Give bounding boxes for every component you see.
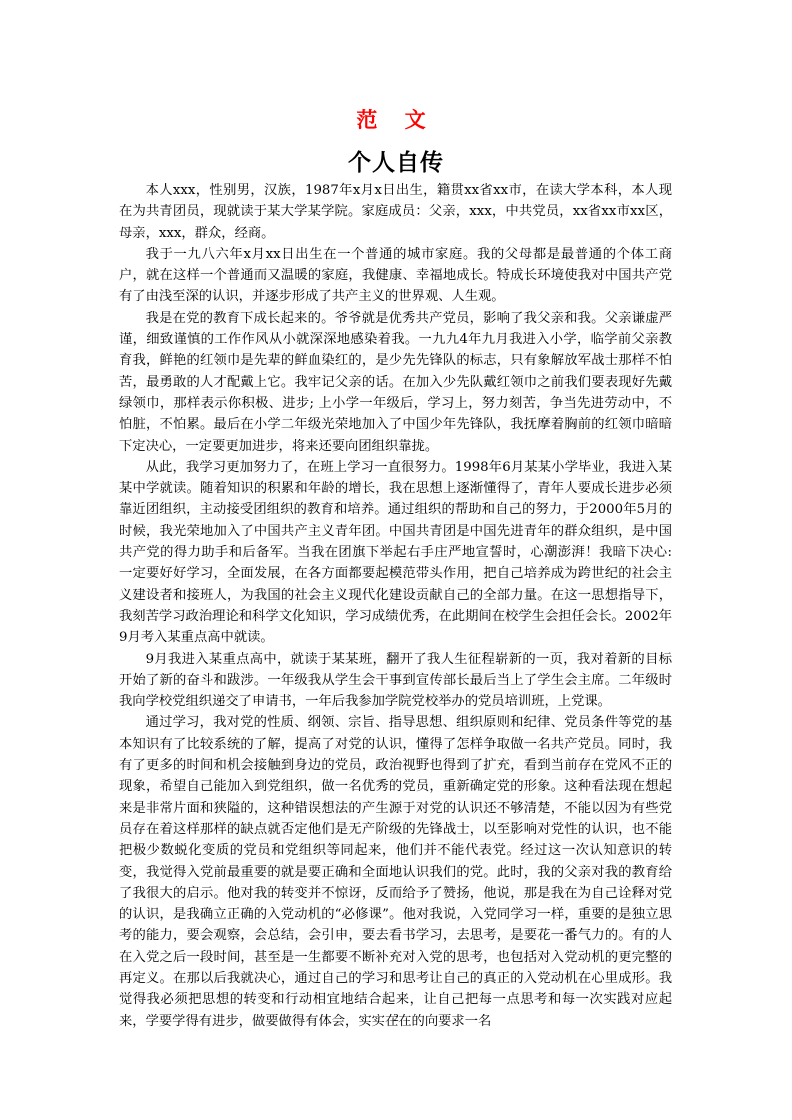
- document-title: 个人自传: [0, 144, 792, 177]
- paragraph-personal-info: 本人xxx，性别男，汉族，1987年x月x日出生，籍贯xx省xx市，在读大学本科…: [119, 180, 672, 244]
- page-number: 2: [0, 1012, 792, 1024]
- sample-label: 范 文: [0, 104, 792, 134]
- paragraph-middle-school: 从此，我学习更加努力了，在班上学习一直很努力。1998年6月某某小学毕业，我进入…: [119, 457, 672, 649]
- document-body: 本人xxx，性别男，汉族，1987年x月x日出生，籍贯xx省xx市，在读大学本科…: [119, 180, 672, 1032]
- paragraph-high-school: 9月我进入某重点高中，就读于某某班，翻开了我人生征程崭新的一页，我对着新的目标开…: [119, 649, 672, 713]
- paragraph-party-study: 通过学习，我对党的性质、纲领、宗旨、指导思想、组织原则和纪律、党员条件等党的基本…: [119, 712, 672, 1031]
- document-page: 范 文 个人自传 本人xxx，性别男，汉族，1987年x月x日出生，籍贯xx省x…: [0, 0, 792, 1120]
- paragraph-family: 我于一九八六年x月xx日出生在一个普通的城市家庭。我的父母都是最普通的个体工商户…: [119, 244, 672, 308]
- paragraph-childhood: 我是在党的教育下成长起来的。爷爷就是优秀共产党员，影响了我父亲和我。父亲谦虚严谨…: [119, 308, 672, 457]
